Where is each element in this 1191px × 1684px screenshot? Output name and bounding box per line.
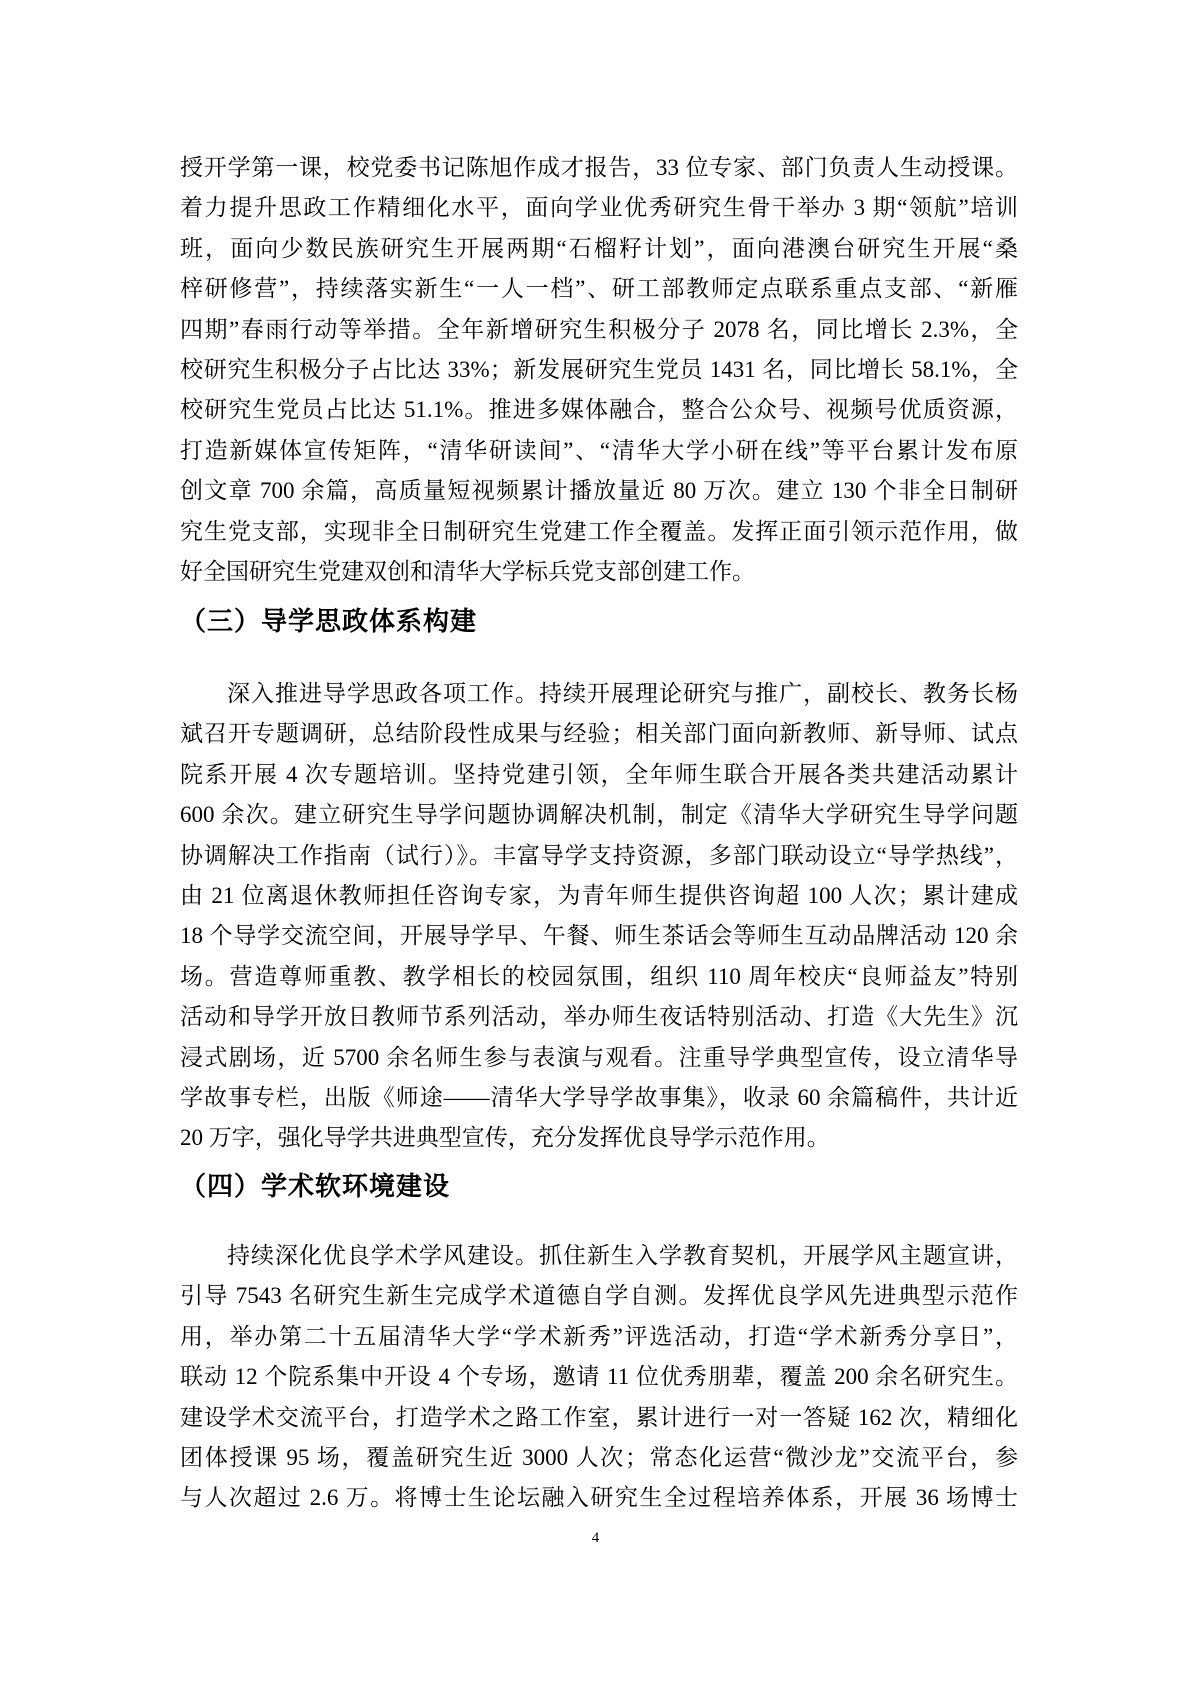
text-line: 建设学术交流平台，打造学术之路工作室，累计进行一对一答疑 162 次，精细化 xyxy=(180,1398,1018,1438)
section-3-paragraph: 深入推进导学思政各项工作。持续开展理论研究与推广，副校长、教务长杨 斌召开专题调… xyxy=(180,674,1018,1159)
text-line: 院系开展 4 次专题培训。坚持党建引领，全年师生联合开展各类共建活动累计 xyxy=(180,755,1018,795)
text-line: 用，举办第二十五届清华大学“学术新秀”评选活动，打造“学术新秀分享日”， xyxy=(180,1317,1018,1357)
text-line: 深入推进导学思政各项工作。持续开展理论研究与推广，副校长、教务长杨 xyxy=(180,674,1018,714)
text-line: 持续深化优良学术学风建设。抓住新生入学教育契机，开展学风主题宣讲， xyxy=(180,1236,1018,1276)
text-line: 好全国研究生党建双创和清华大学标兵党支部创建工作。 xyxy=(180,552,1018,592)
text-line: 18 个导学交流空间，开展导学早、午餐、师生茶话会等师生互动品牌活动 120 余 xyxy=(180,916,1018,956)
section-heading-4: （四）学术软环境建设 xyxy=(180,1169,1018,1203)
text-line: 班，面向少数民族研究生开展两期“石榴籽计划”，面向港澳台研究生开展“桑 xyxy=(180,229,1018,269)
text-line: 梓研修营”，持续落实新生“一人一档”、研工部教师定点联系重点支部、“新雁 xyxy=(180,269,1018,309)
text-line: 学故事专栏，出版《师途——清华大学导学故事集》，收录 60 余篇稿件，共计近 xyxy=(180,1078,1018,1118)
text-line: 打造新媒体宣传矩阵，“清华研读间”、“清华大学小研在线”等平台累计发布原 xyxy=(180,431,1018,471)
text-line: 授开学第一课，校党委书记陈旭作成才报告，33 位专家、部门负责人生动授课。 xyxy=(180,148,1018,188)
continuation-paragraph: 授开学第一课，校党委书记陈旭作成才报告，33 位专家、部门负责人生动授课。 着力… xyxy=(180,148,1018,592)
page-number: 4 xyxy=(0,1528,1191,1548)
text-line: 由 21 位离退休教师担任咨询专家，为青年师生提供咨询超 100 人次；累计建成 xyxy=(180,876,1018,916)
text-line: 校研究生积极分子占比达 33%；新发展研究生党员 1431 名，同比增长 58.… xyxy=(180,350,1018,390)
document-page: 授开学第一课，校党委书记陈旭作成才报告，33 位专家、部门负责人生动授课。 着力… xyxy=(0,0,1191,1684)
text-line: 20 万字，强化导学共进典型宣传，充分发挥优良导学示范作用。 xyxy=(180,1118,1018,1158)
text-line: 场。营造尊师重教、教学相长的校园氛围，组织 110 周年校庆“良师益友”特别 xyxy=(180,957,1018,997)
text-line: 活动和导学开放日教师节系列活动，举办师生夜话特别活动、打造《大先生》沉 xyxy=(180,997,1018,1037)
text-line: 斌召开专题调研，总结阶段性成果与经验；相关部门面向新教师、新导师、试点 xyxy=(180,714,1018,754)
text-line: 着力提升思政工作精细化水平，面向学业优秀研究生骨干举办 3 期“领航”培训 xyxy=(180,188,1018,228)
text-line: 创文章 700 余篇，高质量短视频累计播放量近 80 万次。建立 130 个非全… xyxy=(180,471,1018,511)
section-4-paragraph: 持续深化优良学术学风建设。抓住新生入学教育契机，开展学风主题宣讲， 引导 754… xyxy=(180,1236,1018,1519)
text-line: 协调解决工作指南（试行）》。丰富导学支持资源，多部门联动设立“导学热线”， xyxy=(180,836,1018,876)
section-heading-3: （三）导学思政体系构建 xyxy=(180,604,1018,638)
text-line: 600 余次。建立研究生导学问题协调解决机制，制定《清华大学研究生导学问题 xyxy=(180,795,1018,835)
text-line: 究生党支部，实现非全日制研究生党建工作全覆盖。发挥正面引领示范作用，做 xyxy=(180,512,1018,552)
text-line: 引导 7543 名研究生新生完成学术道德自学自测。发挥优良学风先进典型示范作 xyxy=(180,1276,1018,1316)
text-line: 四期”春雨行动等举措。全年新增研究生积极分子 2078 名，同比增长 2.3%，… xyxy=(180,310,1018,350)
text-line: 团体授课 95 场，覆盖研究生近 3000 人次；常态化运营“微沙龙”交流平台，… xyxy=(180,1438,1018,1478)
text-line: 浸式剧场，近 5700 余名师生参与表演与观看。注重导学典型宣传，设立清华导 xyxy=(180,1038,1018,1078)
text-line: 联动 12 个院系集中开设 4 个专场，邀请 11 位优秀朋辈，覆盖 200 余… xyxy=(180,1357,1018,1397)
text-line: 校研究生党员占比达 51.1%。推进多媒体融合，整合公众号、视频号优质资源， xyxy=(180,390,1018,430)
text-line: 与人次超过 2.6 万。将博士生论坛融入研究生全过程培养体系，开展 36 场博士 xyxy=(180,1478,1018,1518)
